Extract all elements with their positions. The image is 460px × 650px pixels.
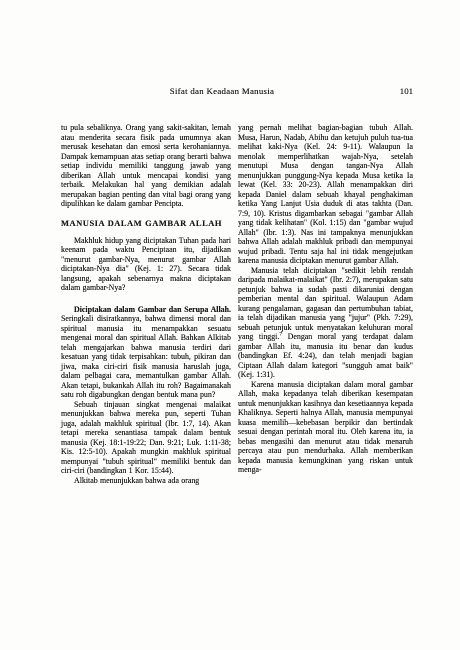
- paragraph-text: yang pernah melihat bagian-bagian tubuh …: [238, 123, 413, 265]
- paragraph: Sebuah tinjauan singkat mengenai malaika…: [61, 400, 231, 476]
- paragraph: Manusia telah diciptakan "sedikit lebih …: [238, 266, 413, 380]
- paragraph: yang pernah melihat bagian-bagian tubuh …: [238, 123, 413, 266]
- paragraph: Alkitab menunjukkan bahwa ada orang: [61, 476, 231, 486]
- document-page: Sifat dan Keadaan Manusia 101 tu pula se…: [0, 0, 460, 650]
- page-content: Sifat dan Keadaan Manusia 101 tu pula se…: [61, 86, 413, 485]
- page-number: 101: [400, 86, 413, 96]
- paragraph: Karena manusia diciptakan dalam moral ga…: [238, 380, 413, 475]
- paragraph: Diciptakan dalam Gambar dan Serupa Allah…: [61, 305, 231, 400]
- paragraph-text: Seringkali disiratkannya, bahwa dimensi …: [61, 314, 231, 399]
- paragraph-text: Sebuah tinjauan singkat mengenai malaika…: [61, 400, 231, 476]
- text-columns: tu pula sebaliknya. Orang yang sakit-sak…: [61, 123, 413, 485]
- paragraph: Makhluk hidup yang diciptakan Tuhan pada…: [61, 236, 231, 293]
- paragraph-text: Alkitab menunjukkan bahwa ada orang: [74, 476, 199, 485]
- paragraph-text: Karena manusia diciptakan dalam moral ga…: [238, 380, 413, 475]
- left-text-column: tu pula sebaliknya. Orang yang sakit-sak…: [61, 123, 231, 485]
- paragraph: tu pula sebaliknya. Orang yang sakit-sak…: [61, 123, 231, 209]
- paragraph-text: tu pula sebaliknya. Orang yang sakit-sak…: [61, 123, 231, 208]
- paragraph-lead-in: Diciptakan dalam Gambar dan Serupa Allah…: [74, 305, 231, 314]
- running-head-title: Sifat dan Keadaan Manusia: [61, 86, 383, 96]
- right-text-column: yang pernah melihat bagian-bagian tubuh …: [238, 123, 413, 475]
- section-heading: MANUSIA DALAM GAMBAR ALLAH: [61, 218, 231, 228]
- paragraph-text: Makhluk hidup yang diciptakan Tuhan pada…: [61, 236, 231, 293]
- paragraph-text: Manusia telah diciptakan "sedikit lebih …: [238, 266, 413, 342]
- running-header: Sifat dan Keadaan Manusia 101: [61, 86, 413, 98]
